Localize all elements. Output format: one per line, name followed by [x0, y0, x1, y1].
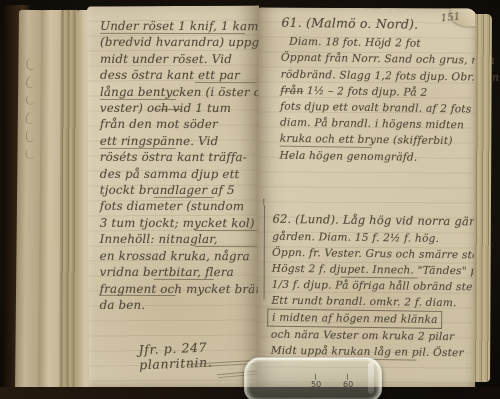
- entry-61: 61. (Malmö o. Nord). Diam. 18 fot. Höjd …: [279, 15, 473, 167]
- handwriting-line: röséts östra kant träffa-: [100, 149, 258, 166]
- handwriting-line: dess östra kant ett par: [100, 67, 258, 84]
- handwriting-line: långa bentycken (i öster o: [100, 83, 258, 100]
- handwriting-line: vester) och vid 1 tum: [100, 100, 258, 117]
- ruler-mark: 60: [343, 380, 353, 389]
- ruler-mark: 50: [311, 380, 321, 389]
- handwriting-line: Hela högen genomgräfd.: [279, 147, 471, 166]
- boxed-handwriting-line: i midten af högen med klänka: [267, 309, 443, 329]
- handwriting-line: en krossad kruka, några: [100, 248, 258, 265]
- handwriting-line: fots diameter (stundom: [100, 198, 258, 215]
- handwriting-line: vridna bertbitar, flera: [100, 264, 258, 281]
- right-page-edge-stack: [473, 14, 492, 382]
- handwriting-line: des på samma djup ett: [100, 165, 258, 182]
- glass-weight-bar: 50 60: [244, 357, 382, 399]
- handwriting-line: (bredvid hvarandra) uppgräfd: [100, 34, 258, 51]
- entry-61-heading: 61. (Malmö o. Nord).: [281, 15, 473, 34]
- diary-photo: Under röset 1 knif, 1 kam (bredvid hvara…: [0, 0, 500, 399]
- entry-62-heading: 62. (Lund). Låg hög vid norra gär-: [272, 211, 474, 230]
- left-page: Under röset 1 knif, 1 kam (bredvid hvara…: [87, 6, 261, 390]
- right-page: 151 61. (Malmö o. Nord). Diam. 18 fot. H…: [257, 8, 477, 390]
- handwriting-line: Ett rundt brandl. omkr. 2 f. diam.: [271, 293, 473, 312]
- handwriting-line: da ben.: [100, 297, 258, 314]
- glass-highlight: [368, 362, 374, 394]
- handwriting-line: 3 tum tjockt; mycket kol): [100, 215, 258, 232]
- left-page-text: Under röset 1 knif, 1 kam (bredvid hvara…: [100, 18, 259, 314]
- handwriting-line: tjockt brandlager af 5: [100, 182, 258, 199]
- margin-arrow-mark: [264, 206, 265, 300]
- handwriting-line: från den mot söder: [100, 116, 258, 133]
- handwriting-line: ett ringspänne. Vid: [100, 133, 258, 150]
- handwriting-line: fragment och mycket brän-: [100, 280, 258, 297]
- handwriting-line: Under röset 1 knif, 1 kam: [100, 18, 258, 35]
- entry-62: 62. (Lund). Låg hög vid norra gär- gårde…: [271, 211, 475, 362]
- handwriting-line: midt under röset. Vid: [100, 51, 258, 68]
- handwriting-line: Innehöll: nitnaglar,: [100, 231, 258, 248]
